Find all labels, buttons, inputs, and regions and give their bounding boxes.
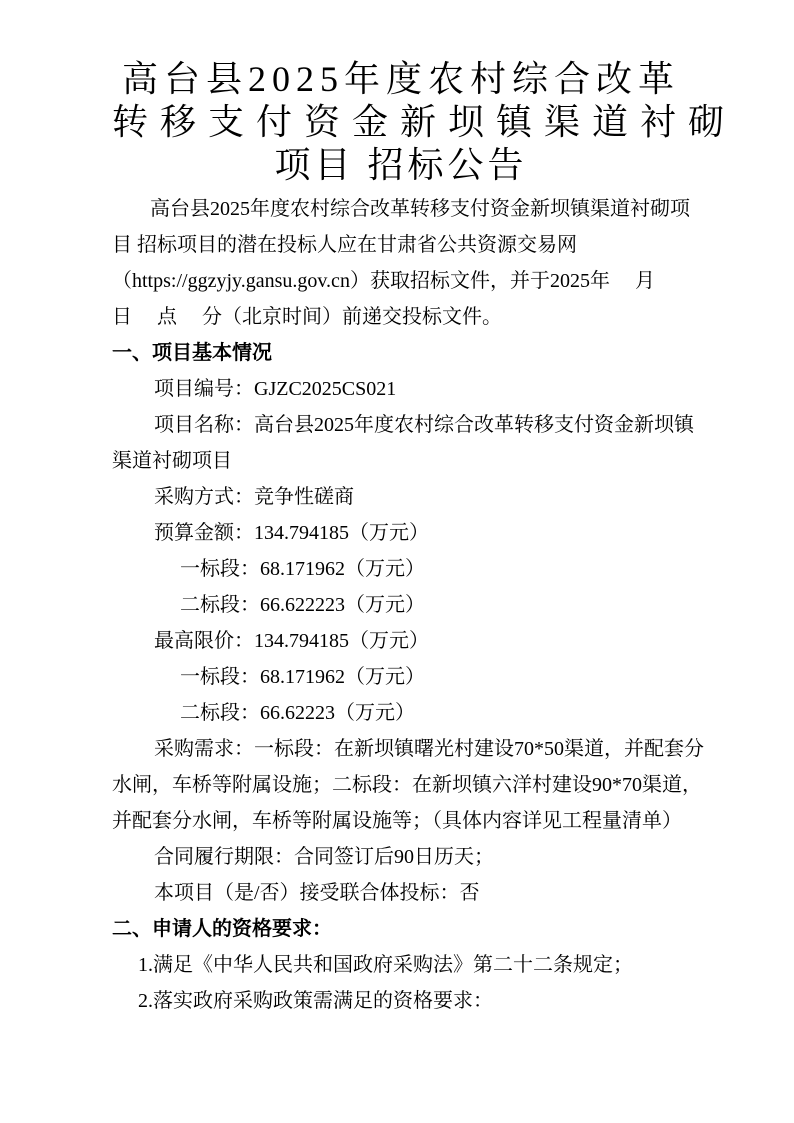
document-page: 高台县2025年度农村综合改革 转移支付资金新坝镇渠道衬砌 项目 招标公告 高台… bbox=[0, 0, 794, 1123]
item-max-price: 最高限价：134.794185（万元） bbox=[112, 623, 690, 659]
intro-line-url: （https://ggzyjy.gansu.gov.cn）获取招标文件，并于20… bbox=[112, 263, 690, 299]
section-basic-info: 一、项目基本情况 项目编号：GJZC2025CS021 项目名称：高台县2025… bbox=[112, 335, 690, 911]
item-contract-period: 合同履行期限：合同签订后90日历天； bbox=[112, 839, 690, 875]
item-project-name: 项目名称：高台县2025年度农村综合改革转移支付资金新坝镇 bbox=[112, 407, 690, 443]
document-title: 高台县2025年度农村综合改革 转移支付资金新坝镇渠道衬砌 项目 招标公告 bbox=[112, 58, 690, 187]
item-budget-lot1: 一标段：68.171962（万元） bbox=[112, 551, 690, 587]
item-procurement-requirements-cont2: 并配套分水闸，车桥等附属设施等；（具体内容详见工程量清单） bbox=[112, 803, 690, 839]
title-line-1: 高台县2025年度农村综合改革 bbox=[112, 58, 690, 101]
item-procurement-requirements: 采购需求：一标段：在新坝镇曙光村建设70*50渠道，并配套分 bbox=[112, 731, 690, 767]
item-procurement-requirements-cont1: 水闸，车桥等附属设施；二标段：在新坝镇六洋村建设90*70渠道， bbox=[112, 767, 690, 803]
section-heading-2: 二、申请人的资格要求： bbox=[112, 911, 690, 947]
item-consortium-bidding: 本项目（是/否）接受联合体投标：否 bbox=[112, 875, 690, 911]
item-budget-amount: 预算金额：134.794185（万元） bbox=[112, 515, 690, 551]
section-qualification-requirements: 二、申请人的资格要求： 1.满足《中华人民共和国政府采购法》第二十二条规定； 2… bbox=[112, 911, 690, 1019]
item-project-name-cont: 渠道衬砌项目 bbox=[112, 443, 690, 479]
item-max-price-lot1: 一标段：68.171962（万元） bbox=[112, 659, 690, 695]
intro-line: 目 招标项目的潜在投标人应在甘肃省公共资源交易网 bbox=[112, 227, 690, 263]
title-line-2: 转移支付资金新坝镇渠道衬砌 bbox=[112, 101, 690, 144]
document-content: 高台县2025年度农村综合改革 转移支付资金新坝镇渠道衬砌 项目 招标公告 高台… bbox=[0, 0, 794, 1019]
item-procurement-method: 采购方式：竞争性磋商 bbox=[112, 479, 690, 515]
intro-line: 日 点 分（北京时间）前递交投标文件。 bbox=[112, 299, 690, 335]
intro-line: 高台县2025年度农村综合改革转移支付资金新坝镇渠道衬砌项 bbox=[112, 191, 690, 227]
item-qualification-1: 1.满足《中华人民共和国政府采购法》第二十二条规定； bbox=[112, 947, 690, 983]
section-heading-1: 一、项目基本情况 bbox=[112, 335, 690, 371]
item-project-number: 项目编号：GJZC2025CS021 bbox=[112, 371, 690, 407]
title-line-3: 项目 招标公告 bbox=[112, 144, 690, 187]
item-max-price-lot2: 二标段：66.62223（万元） bbox=[112, 695, 690, 731]
intro-paragraph: 高台县2025年度农村综合改革转移支付资金新坝镇渠道衬砌项 目 招标项目的潜在投… bbox=[112, 191, 690, 335]
item-budget-lot2: 二标段：66.622223（万元） bbox=[112, 587, 690, 623]
item-qualification-2: 2.落实政府采购政策需满足的资格要求： bbox=[112, 983, 690, 1019]
